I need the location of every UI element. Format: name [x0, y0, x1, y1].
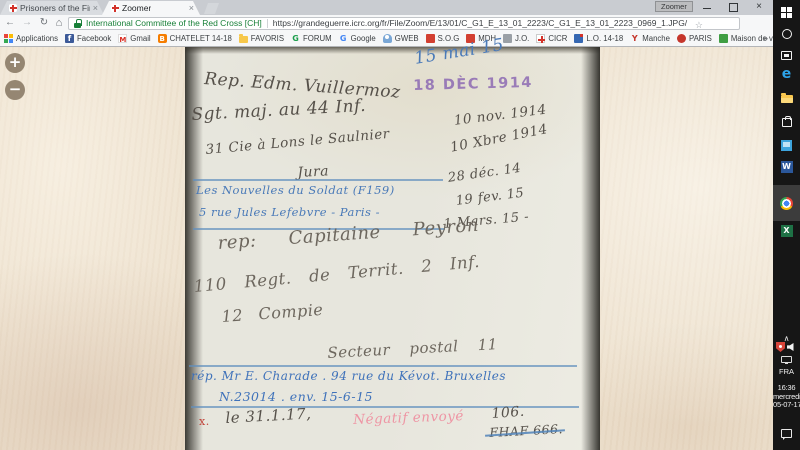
- bookmark-label: Facebook: [77, 34, 111, 43]
- card-negative-number: 106.: [491, 404, 525, 422]
- blogger-icon: [158, 34, 167, 43]
- grey-site-icon: [503, 34, 512, 43]
- bookmark-gweb[interactable]: GWEB: [383, 34, 419, 43]
- store-icon[interactable]: [773, 111, 800, 131]
- forum-g-icon: [291, 34, 300, 43]
- bookmark-lo-14-18[interactable]: L.O. 14-18: [574, 34, 623, 43]
- browser-toolbar: International Committee of the Red Cross…: [0, 15, 773, 31]
- bookmarks-bar: Applications Facebook Gmail CHATELET 14-…: [0, 31, 773, 47]
- bookmarks-overflow-icon[interactable]: [763, 33, 768, 43]
- apps-grid-icon: [4, 34, 13, 43]
- green-site-icon: [719, 34, 728, 43]
- bookmark-jo[interactable]: J.O.: [503, 34, 529, 43]
- bookmark-label: PARIS: [689, 34, 712, 43]
- reload-icon[interactable]: [37, 16, 51, 30]
- card-reply-line: rép. Mr E. Charade . 94 rue du Kévot. Br…: [191, 369, 506, 383]
- zoom-in-button[interactable]: [5, 53, 25, 73]
- language-indicator[interactable]: FRA: [773, 367, 800, 376]
- bookmark-gmail[interactable]: Gmail: [118, 34, 150, 43]
- red-circle-icon: [677, 34, 686, 43]
- secure-lock-icon: [74, 19, 81, 28]
- file-explorer-icon[interactable]: [773, 88, 800, 108]
- zoom-out-button[interactable]: [5, 80, 25, 100]
- minimize-button[interactable]: [695, 0, 719, 14]
- windows-taskbar: FRA 16:36 mercredi 05-07-17: [773, 0, 800, 450]
- desktop-screen: Prisoners of the First Wo Zoomer Zoomer …: [0, 0, 800, 450]
- clock[interactable]: 16:36 mercredi 05-07-17: [773, 384, 800, 410]
- tab-close-icon[interactable]: [189, 4, 194, 13]
- card-check-mark: x.: [199, 415, 210, 428]
- tab-zoomer[interactable]: Zoomer: [102, 1, 200, 15]
- bookmark-label: GWEB: [395, 34, 419, 43]
- bookmark-favoris[interactable]: FAVORIS: [239, 34, 284, 43]
- tab-title: Prisoners of the First Wo: [20, 3, 90, 13]
- start-button-icon[interactable]: [773, 2, 800, 22]
- maximize-button[interactable]: [721, 0, 745, 14]
- bookmark-label: FORUM: [303, 34, 332, 43]
- forward-icon[interactable]: [20, 16, 34, 30]
- person-icon: [383, 34, 392, 43]
- red-y-icon: [630, 34, 639, 43]
- bookmark-google[interactable]: Google: [339, 34, 376, 43]
- red-cross-icon: [536, 34, 545, 43]
- card-ref-line: N.23014 . env. 15-6-15: [219, 389, 373, 404]
- blue-site-icon: [574, 34, 583, 43]
- bookmark-forum[interactable]: FORUM: [291, 34, 332, 43]
- tab-prisoners[interactable]: Prisoners of the First Wo: [0, 1, 104, 15]
- bookmark-label: FAVORIS: [251, 34, 284, 43]
- omnibox-divider: [267, 19, 268, 28]
- security-label[interactable]: International Committee of the Red Cross…: [86, 18, 262, 28]
- record-card-image[interactable]: 15 mai 15 18 DÈC 1914 Rep. Edm. Vuillerm…: [185, 47, 600, 450]
- back-icon[interactable]: [3, 16, 17, 30]
- tab-close-icon[interactable]: [93, 4, 98, 13]
- page-content: 15 mai 15 18 DÈC 1914 Rep. Edm. Vuillerm…: [0, 47, 773, 450]
- edge-icon[interactable]: [773, 64, 800, 84]
- word-icon[interactable]: [773, 157, 800, 177]
- bookmark-label: J.O.: [515, 34, 529, 43]
- card-reply-date: 19 fev. 15: [455, 186, 525, 209]
- task-view-icon[interactable]: [773, 45, 800, 65]
- browser-window: Prisoners of the First Wo Zoomer Zoomer …: [0, 0, 773, 450]
- card-underline: [193, 179, 443, 181]
- card-org-line1: Les Nouvelles du Soldat (F159): [196, 183, 395, 197]
- folder-icon: [239, 36, 248, 43]
- red-site-icon: [426, 34, 435, 43]
- card-org-line2: 5 rue Jules Lefebvre - Paris -: [199, 205, 380, 219]
- bookmark-cicr[interactable]: CICR: [536, 34, 567, 43]
- cortana-search-icon[interactable]: [773, 24, 800, 44]
- card-regiment-line: 110 Regt. de Territ. 2 Inf.: [193, 252, 481, 296]
- card-date-stamp: 18 DÈC 1914: [413, 75, 533, 94]
- card-final-date: le 31.1.17,: [225, 405, 312, 427]
- excel-icon[interactable]: [773, 221, 800, 241]
- card-name-line: Rep. Edm. Vuillermoz: [204, 69, 402, 103]
- bookmark-chatelet[interactable]: CHATELET 14-18: [158, 34, 232, 43]
- card-underline: [189, 365, 577, 367]
- address-bar[interactable]: International Committee of the Red Cross…: [68, 17, 740, 30]
- bookmark-star-icon[interactable]: [695, 20, 703, 31]
- card-reply-date: 28 déc. 14: [447, 161, 522, 186]
- home-icon[interactable]: [52, 16, 66, 30]
- tab-strip: Prisoners of the First Wo Zoomer Zoomer: [0, 0, 773, 15]
- action-center-icon[interactable]: [781, 429, 792, 438]
- facebook-icon: [65, 34, 74, 43]
- bookmark-label: Applications: [16, 34, 58, 43]
- card-rank-line: Sgt. maj. au 44 Inf.: [191, 96, 367, 125]
- bookmark-paris[interactable]: PARIS: [677, 34, 712, 43]
- new-tab-button[interactable]: [204, 3, 219, 14]
- bookmark-label: L.O. 14-18: [586, 34, 623, 43]
- tab-tooltip: Zoomer: [655, 1, 693, 12]
- bookmark-label: Gmail: [130, 34, 150, 43]
- google-g-icon: [339, 34, 348, 43]
- icrc-favicon: [9, 4, 17, 12]
- bookmark-label: CHATELET 14-18: [170, 34, 232, 43]
- card-company-line: 12 Compie: [221, 300, 324, 326]
- card-unit-line: 31 Cie à Lons le Saulnier: [205, 126, 390, 158]
- bookmark-label: Google: [351, 34, 376, 43]
- card-negative-note: Négatif envoyé: [353, 408, 464, 428]
- card-rep-line: rep: Capitaine Peyron: [217, 215, 480, 254]
- gmail-icon: [118, 34, 127, 43]
- antivirus-shield-icon[interactable]: [776, 342, 785, 352]
- bookmark-label: CICR: [548, 34, 567, 43]
- tab-title: Zoomer: [122, 3, 151, 13]
- card-sector-line: Secteur postal 11: [327, 335, 498, 362]
- url-text[interactable]: https://grandeguerre.icrc.org/fr/File/Zo…: [273, 18, 723, 28]
- bookmark-label: Manche: [642, 34, 670, 43]
- chrome-icon[interactable]: [773, 193, 800, 213]
- close-button[interactable]: [747, 0, 771, 14]
- clock-date: 05-07-17: [773, 401, 800, 410]
- photos-icon[interactable]: [773, 135, 800, 155]
- icrc-favicon: [111, 4, 119, 12]
- bookmark-facebook[interactable]: Facebook: [65, 34, 111, 43]
- bookmark-manche[interactable]: Manche: [630, 34, 670, 43]
- network-icon[interactable]: [781, 356, 792, 363]
- bookmark-applications[interactable]: Applications: [4, 34, 58, 43]
